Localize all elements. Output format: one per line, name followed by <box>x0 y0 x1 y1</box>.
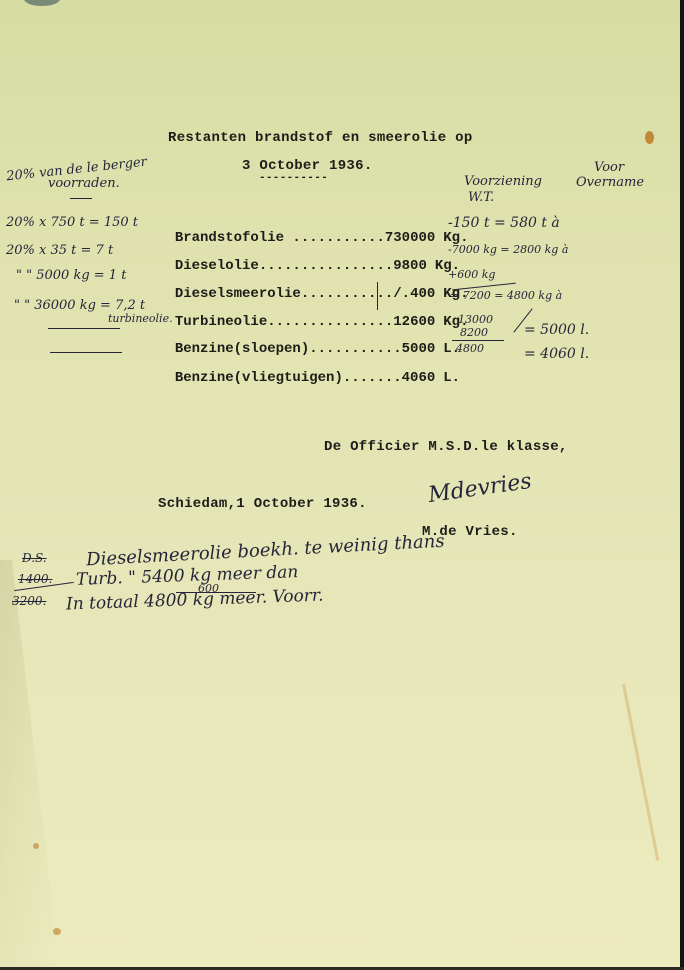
right-note: -150 t = 580 t à <box>448 215 560 231</box>
margin-underline <box>48 328 120 329</box>
margin-underline <box>50 352 122 353</box>
document-title: Restanten brandstof en smeerolie op <box>168 130 473 146</box>
right-note: = 5000 l. <box>524 322 589 338</box>
right-note: = 4060 l. <box>524 346 589 362</box>
benzine-calc-line2: 8200 <box>460 326 488 339</box>
item-leader: ....... <box>343 370 402 386</box>
margin-sub-note: turbineolie. <box>108 312 173 325</box>
paper-fold-shadow <box>0 560 60 970</box>
footer-note-line3: In totaal 4800 kg meer. Voorr. <box>66 586 324 615</box>
margin-note: " " 36000 kg = 7,2 t <box>14 298 145 313</box>
footer-left-note: 3200. <box>12 594 46 608</box>
signatory-title: De Officier M.S.D.le klasse, <box>324 439 568 455</box>
column-header-voorziening: Voorziening <box>464 174 542 189</box>
right-note: -7000 kg = 2800 kg à <box>448 243 568 256</box>
column-header-wt: W.T. <box>468 190 494 205</box>
place-date: Schiedam,1 October 1936. <box>158 496 367 512</box>
right-note: = 7200 = 4800 kg à <box>450 289 562 302</box>
rust-stain <box>33 843 39 849</box>
item-name: Benzine(vliegtuigen) <box>175 370 343 386</box>
footer-left-note: 1400. <box>18 572 52 586</box>
pen-bracket <box>377 282 378 310</box>
calc-underline <box>452 340 504 341</box>
column-header-overname: Overname <box>576 175 644 190</box>
footer-left-note: D.S. <box>22 551 47 565</box>
paper-edge <box>680 0 684 970</box>
benzine-calc-result: 4800 <box>456 342 484 355</box>
margin-note: 20% x 750 t = 150 t <box>6 215 138 230</box>
benzine-calc-line1: 13000 <box>458 313 493 326</box>
item-unit: L. <box>443 370 460 386</box>
paper-clip-mark <box>24 0 60 6</box>
item-row: Benzine(vliegtuigen).......4060L. <box>158 354 460 386</box>
rust-stain <box>53 928 61 935</box>
margin-heading-line2: voorraden. <box>48 176 120 191</box>
margin-heading-underline <box>70 198 92 199</box>
signature: Mdevries <box>427 469 533 508</box>
item-quantity: 4060 <box>402 370 436 386</box>
margin-note: " " 5000 kg = 1 t <box>16 268 126 283</box>
margin-note: 20% x 35 t = 7 t <box>6 243 113 258</box>
right-note: +600 kg <box>448 268 495 281</box>
item-row: Benzine(sloepen)...........5000L. <box>158 325 460 357</box>
rust-stain <box>645 131 654 144</box>
date-underline: ---------- <box>259 172 328 184</box>
paper-crease <box>622 684 659 861</box>
column-header-voor: Voor <box>594 160 624 175</box>
